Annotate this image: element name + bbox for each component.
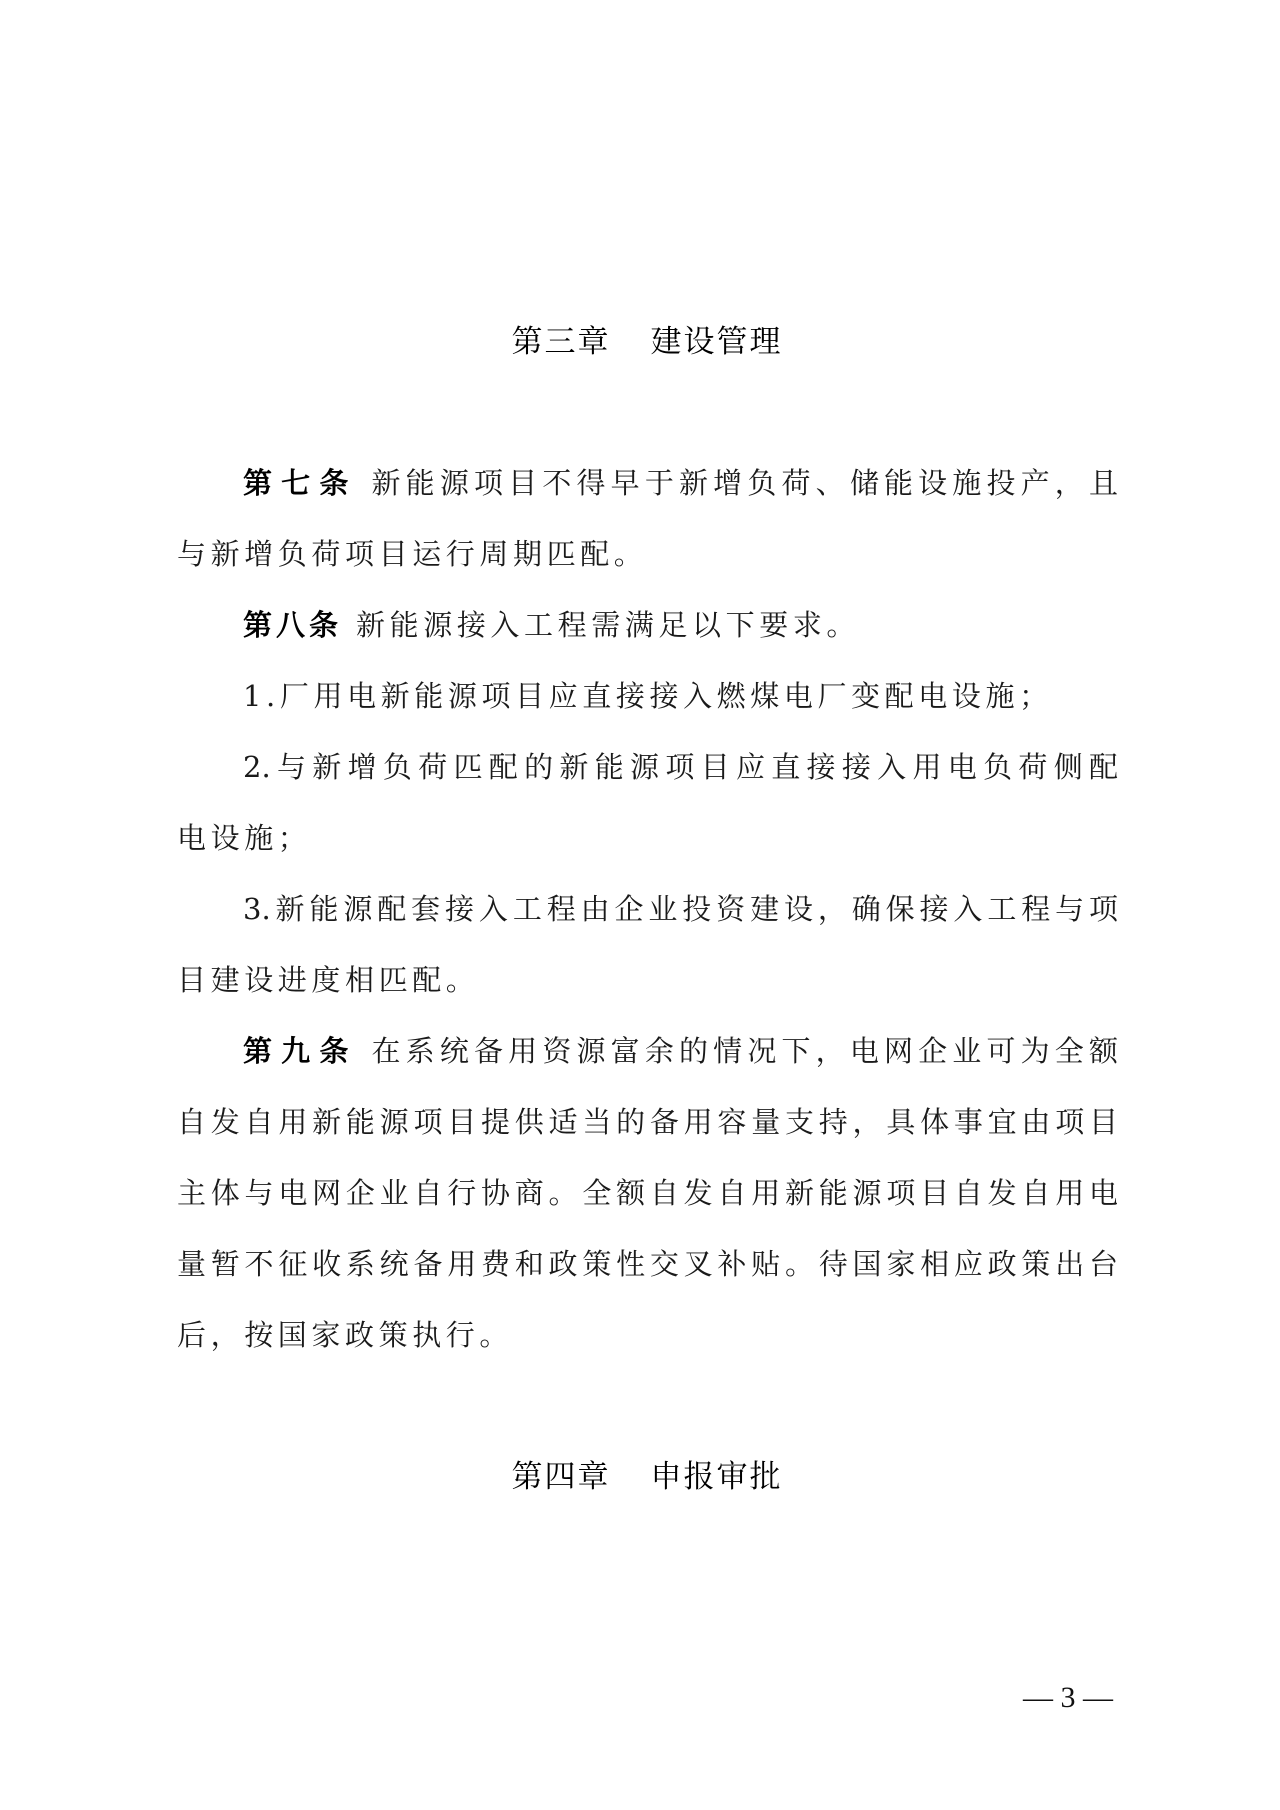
chapter-title: 建设管理 xyxy=(651,324,783,360)
chapter-title: 申报审批 xyxy=(651,1459,783,1495)
article-8-line-1: 第八条新能源接入工程需满足以下要求。 xyxy=(177,590,1118,661)
article-8-item-3-line-1: 3.新能源配套接入工程由企业投资建设，确保接入工程与项 xyxy=(177,874,1118,945)
article-9-line-5: 后，按国家政策执行。 xyxy=(177,1300,1118,1371)
page-number: — 3 — xyxy=(1010,1680,1126,1716)
article-7-text: 新能源项目不得早于新增负荷、储能设施投产，且 xyxy=(372,466,1118,500)
article-8-item-2-line-1: 2.与新增负荷匹配的新能源项目应直接接入用电负荷侧配 xyxy=(177,732,1118,803)
chapter-label: 第三章 xyxy=(512,324,611,360)
article-9-label: 第九条 xyxy=(243,1034,358,1068)
article-8-item-2-line-2: 电设施； xyxy=(177,803,1118,874)
article-7-line-1: 第七条新能源项目不得早于新增负荷、储能设施投产，且 xyxy=(177,448,1118,519)
article-8-text: 新能源接入工程需满足以下要求。 xyxy=(356,608,860,642)
chapter-3-body: 第七条新能源项目不得早于新增负荷、储能设施投产，且 与新增负荷项目运行周期匹配。… xyxy=(177,448,1118,1371)
chapter-heading-4: 第四章申报审批 xyxy=(0,1457,1280,1497)
article-8-label: 第八条 xyxy=(243,608,342,642)
chapter-label: 第四章 xyxy=(512,1459,611,1495)
article-9-line-2: 自发自用新能源项目提供适当的备用容量支持，具体事宜由项目 xyxy=(177,1087,1118,1158)
article-9-line-4: 量暂不征收系统备用费和政策性交叉补贴。待国家相应政策出台 xyxy=(177,1229,1118,1300)
article-9-text: 在系统备用资源富余的情况下，电网企业可为全额 xyxy=(372,1034,1118,1068)
article-9-line-1: 第九条在系统备用资源富余的情况下，电网企业可为全额 xyxy=(177,1016,1118,1087)
chapter-heading-3: 第三章建设管理 xyxy=(0,322,1280,362)
document-page: 第三章建设管理 第七条新能源项目不得早于新增负荷、储能设施投产，且 与新增负荷项… xyxy=(0,0,1280,1810)
article-8-item-1: 1.厂用电新能源项目应直接接入燃煤电厂变配电设施； xyxy=(177,661,1118,732)
article-9-line-3: 主体与电网企业自行协商。全额自发自用新能源项目自发自用电 xyxy=(177,1158,1118,1229)
article-7-line-2: 与新增负荷项目运行周期匹配。 xyxy=(177,519,1118,590)
article-8-item-3-line-2: 目建设进度相匹配。 xyxy=(177,945,1118,1016)
article-7-label: 第七条 xyxy=(243,466,358,500)
